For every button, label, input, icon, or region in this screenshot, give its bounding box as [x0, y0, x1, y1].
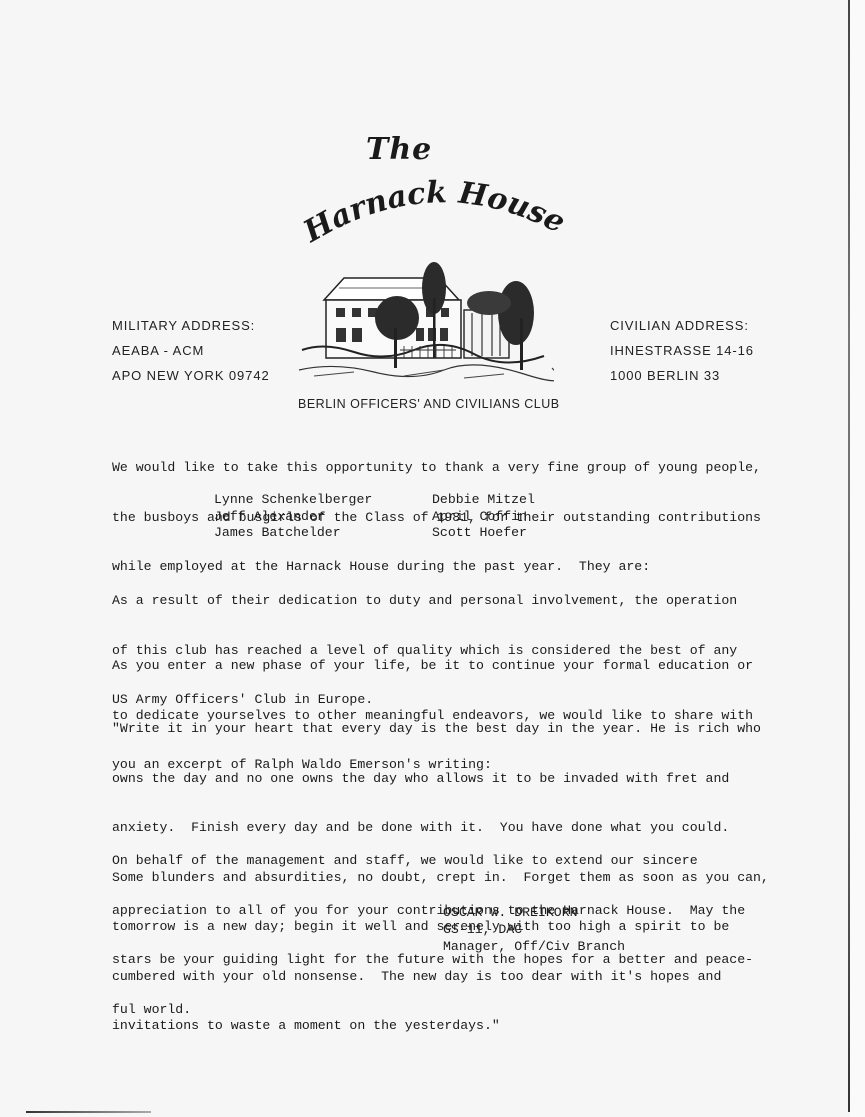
- text-line: owns the day and no one owns the day who…: [112, 771, 802, 788]
- civilian-address-line: IHNESTRASSE 14-16: [610, 338, 754, 363]
- signatory-title: Manager, Off/Civ Branch: [443, 938, 625, 955]
- letterhead-title-name: Harnack House: [280, 160, 590, 260]
- signature-block: OSCAR W. DREIKORN GS-11, DAC Manager, Of…: [443, 904, 625, 955]
- names-list-right: Debbie Mitzel April Coffin Scott Hoefer: [432, 492, 535, 542]
- civilian-address-heading: CIVILIAN ADDRESS:: [610, 313, 754, 338]
- page-edge-bottom: [26, 1111, 151, 1113]
- name-item: Lynne Schenkelberger: [214, 492, 372, 509]
- name-item: Jeff Alexander: [214, 509, 372, 526]
- names-list-left: Lynne Schenkelberger Jeff Alexander Jame…: [214, 492, 372, 542]
- house-drawing-icon: [294, 258, 554, 386]
- text-line: ful world.: [112, 1002, 802, 1019]
- military-address-line: AEABA - ACM: [112, 338, 270, 363]
- signatory-grade: GS-11, DAC: [443, 921, 625, 938]
- text-line: On behalf of the management and staff, w…: [112, 853, 802, 870]
- military-address: MILITARY ADDRESS: AEABA - ACM APO NEW YO…: [112, 313, 270, 388]
- military-address-heading: MILITARY ADDRESS:: [112, 313, 270, 338]
- text-line: "Write it in your heart that every day i…: [112, 721, 802, 738]
- name-item: April Coffin: [432, 509, 535, 526]
- name-item: Scott Hoefer: [432, 525, 535, 542]
- civilian-address-line: 1000 BERLIN 33: [610, 363, 754, 388]
- text-line: As a result of their dedication to duty …: [112, 593, 802, 610]
- name-item: Debbie Mitzel: [432, 492, 535, 509]
- text-line: We would like to take this opportunity t…: [112, 460, 802, 477]
- page-edge-shadow: [850, 0, 865, 1117]
- name-item: James Batchelder: [214, 525, 372, 542]
- civilian-address: CIVILIAN ADDRESS: IHNESTRASSE 14-16 1000…: [610, 313, 754, 388]
- club-name: BERLIN OFFICERS' AND CIVILIANS CLUB: [298, 397, 560, 411]
- svg-text:Harnack House: Harnack House: [297, 175, 571, 250]
- signatory-name: OSCAR W. DREIKORN: [443, 904, 625, 921]
- text-line: As you enter a new phase of your life, b…: [112, 658, 802, 675]
- page-edge-right: [848, 0, 850, 1112]
- military-address-line: APO NEW YORK 09742: [112, 363, 270, 388]
